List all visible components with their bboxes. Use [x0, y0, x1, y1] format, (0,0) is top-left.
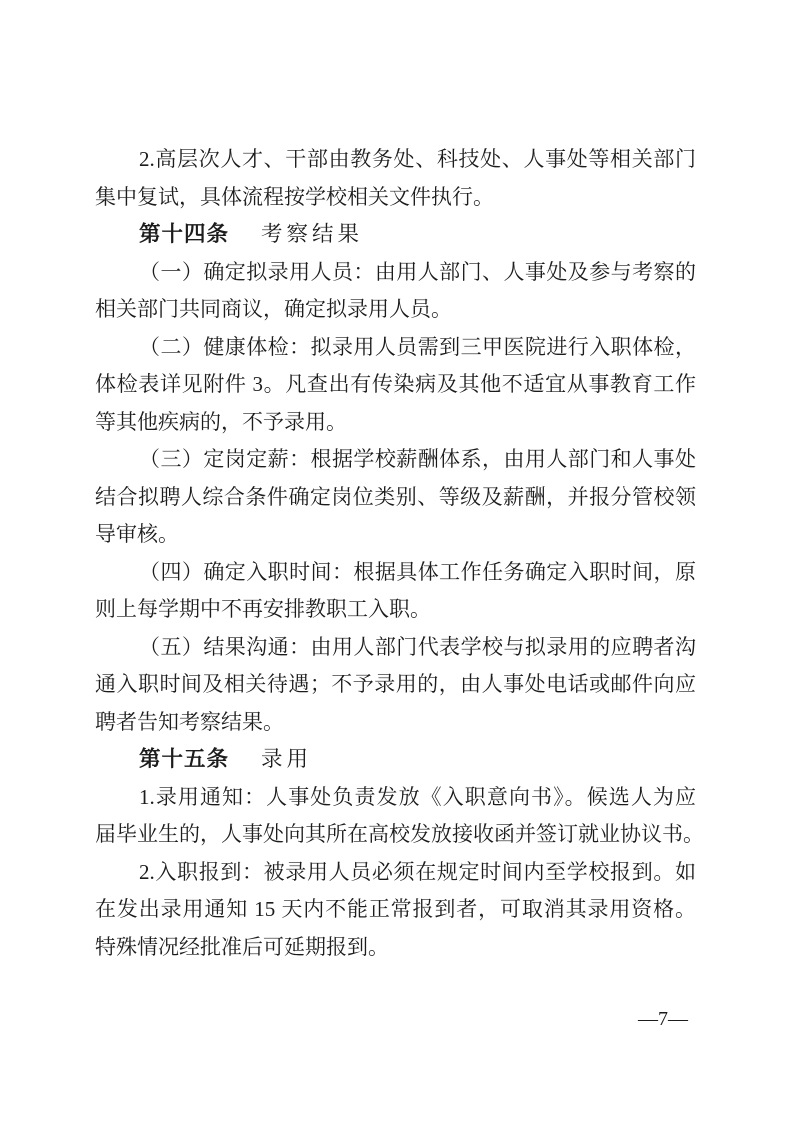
- paragraph-line: （二）健康体检：拟录用人员需到三甲医院进行入职体检，: [95, 329, 696, 367]
- article-number: 第十五条: [139, 747, 229, 771]
- paragraph-line: 2.入职报到：被录用人员必须在规定时间内至学校报到。如: [95, 854, 696, 892]
- article-number: 第十四条: [139, 222, 229, 246]
- paragraph-line: （四）确定入职时间：根据具体工作任务确定入职时间，原: [95, 554, 696, 592]
- paragraph-line: 1.录用通知：人事处负责发放《入职意向书》。候选人为应: [95, 779, 696, 817]
- document-page: 2.高层次人才、干部由教务处、科技处、人事处等相关部门集中复试，具体流程按学校相…: [0, 0, 794, 1122]
- paragraph-line: （五）结果沟通：由用人部门代表学校与拟录用的应聘者沟: [95, 629, 696, 667]
- article-heading: 第十四条考察结果: [95, 216, 696, 254]
- page-number: —7—: [638, 1008, 688, 1031]
- paragraph-line: （三）定岗定薪：根据学校薪酬体系，由用人部门和人事处: [95, 441, 696, 479]
- paragraph-line: 在发出录用通知 15 天内不能正常报到者，可取消其录用资格。: [95, 891, 696, 929]
- paragraph-line: 聘者告知考察结果。: [95, 704, 696, 742]
- paragraph-line: （一）确定拟录用人员：由用人部门、人事处及参与考察的: [95, 254, 696, 292]
- paragraph-line: 体检表详见附件 3。凡查出有传染病及其他不适宜从事教育工作: [95, 366, 696, 404]
- paragraph-line: 集中复试，具体流程按学校相关文件执行。: [95, 179, 696, 217]
- paragraph-line: 相关部门共同商议，确定拟录用人员。: [95, 291, 696, 329]
- paragraph-line: 届毕业生的，人事处向其所在高校发放接收函并签订就业协议书。: [95, 816, 696, 854]
- article-heading: 第十五条录用: [95, 741, 696, 779]
- paragraph-line: 则上每学期中不再安排教职工入职。: [95, 591, 696, 629]
- paragraph-line: 导审核。: [95, 516, 696, 554]
- paragraph-line: 2.高层次人才、干部由教务处、科技处、人事处等相关部门: [95, 141, 696, 179]
- paragraph-line: 通入职时间及相关待遇；不予录用的，由人事处电话或邮件向应: [95, 666, 696, 704]
- document-body: 2.高层次人才、干部由教务处、科技处、人事处等相关部门集中复试，具体流程按学校相…: [95, 141, 696, 966]
- paragraph-line: 特殊情况经批准后可延期报到。: [95, 929, 696, 967]
- article-title: 考察结果: [261, 222, 363, 246]
- paragraph-line: 等其他疾病的，不予录用。: [95, 404, 696, 442]
- article-title: 录用: [261, 747, 312, 771]
- paragraph-line: 结合拟聘人综合条件确定岗位类别、等级及薪酬，并报分管校领: [95, 479, 696, 517]
